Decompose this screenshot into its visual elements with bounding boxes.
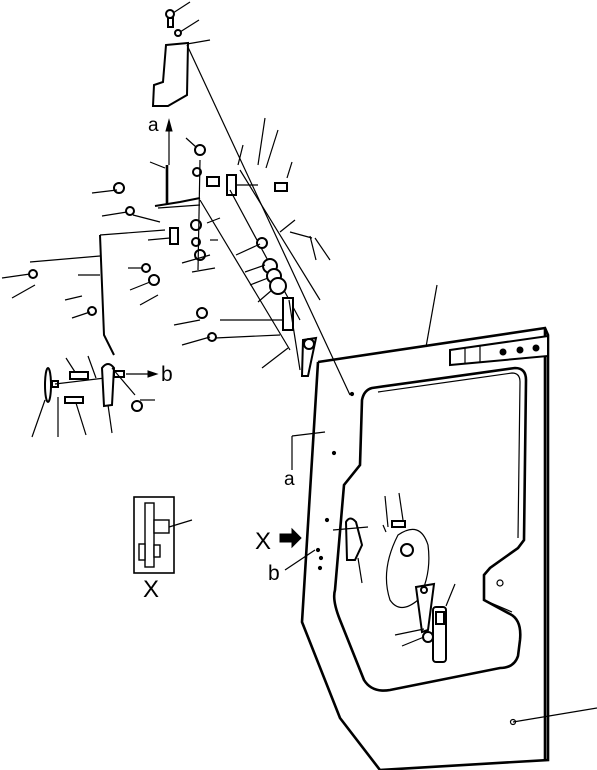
- inner-handle-assembly: [32, 356, 157, 437]
- arrow-label-a-bottom: a: [284, 470, 295, 489]
- parts-diagram: a a b b X X: [0, 0, 597, 770]
- view-label-x-arrow: X: [255, 530, 271, 554]
- diagram-drawing: [0, 0, 597, 770]
- door-lock-striker: [333, 493, 455, 662]
- view-label-x-caption: X: [143, 578, 159, 602]
- view-x-arrow-icon: [280, 529, 301, 547]
- arrow-label-b-left: b: [161, 364, 173, 385]
- arrow-label-b-door: b: [268, 563, 280, 584]
- arrow-a-top: [166, 120, 172, 165]
- arrow-a-bottom: [292, 432, 325, 470]
- arrow-label-a-top: a: [148, 116, 159, 135]
- detail-view-x: [134, 497, 192, 573]
